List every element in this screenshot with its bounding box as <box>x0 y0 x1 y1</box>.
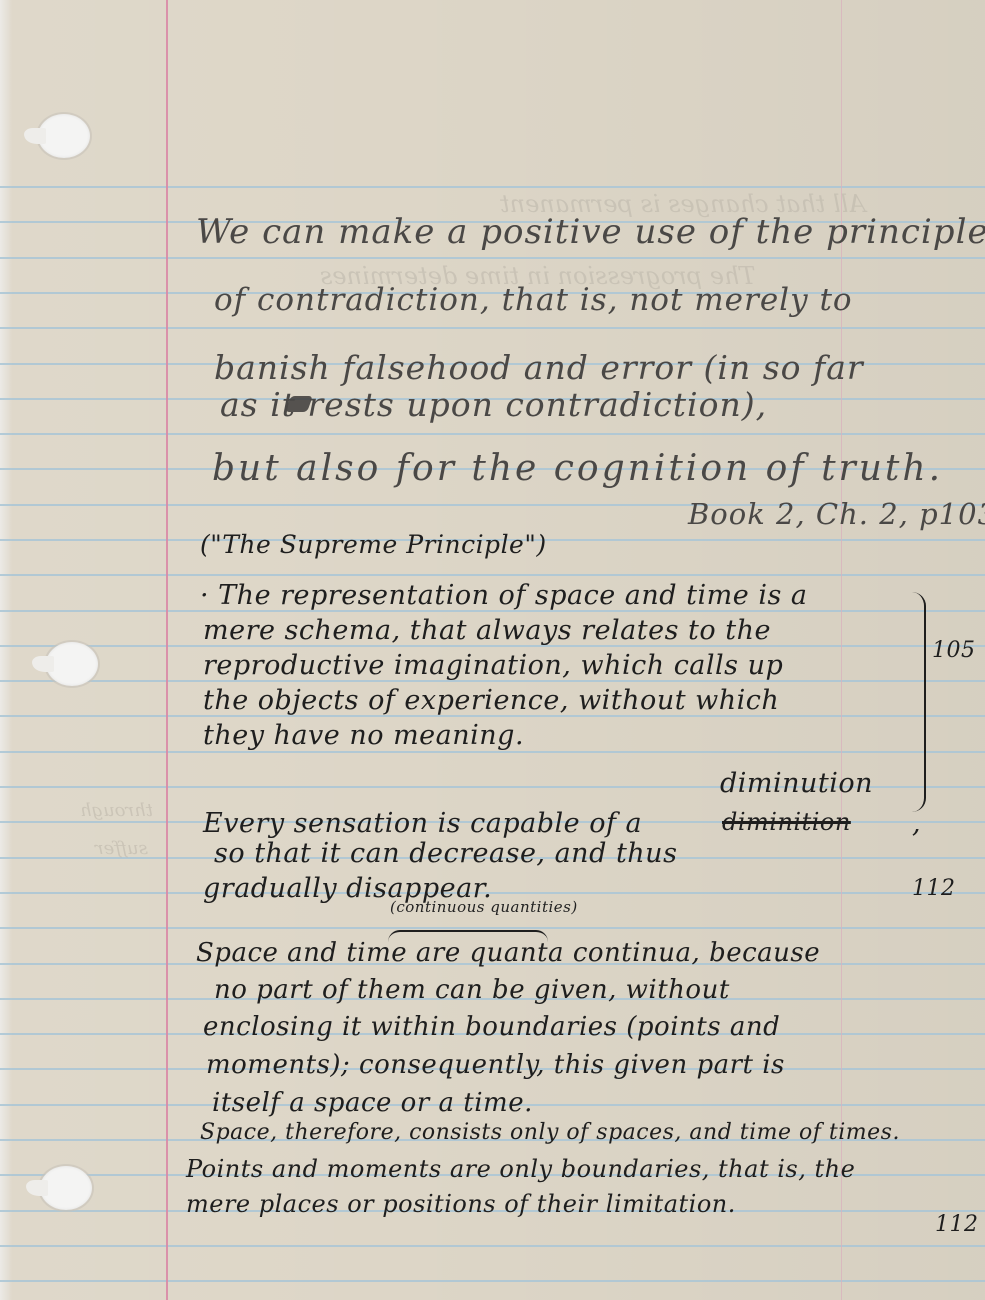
passage-line: no part of them can be given, without <box>214 975 730 1005</box>
pencil-line: as it rests upon contradiction), <box>220 385 767 424</box>
bleed-through-line: suffer <box>95 838 148 859</box>
citation: Book 2, Ch. 2, p103 <box>688 497 985 531</box>
passage-line: Space, therefore, consists only of space… <box>200 1120 900 1145</box>
notebook-page: All that changes is permanent The progre… <box>0 0 985 1300</box>
passage-line: itself a space or a time. <box>212 1088 533 1118</box>
pencil-line: of contradiction, that is, not merely to <box>214 282 853 318</box>
comma: , <box>912 808 921 839</box>
passage-line: enclosing it within boundaries (points a… <box>203 1012 780 1042</box>
punch-hole-middle <box>46 642 98 686</box>
ruled-line <box>0 186 985 188</box>
page-ref: 112 <box>935 1212 979 1237</box>
ruled-line <box>0 433 985 435</box>
section-heading: ("The Supreme Principle") <box>200 530 547 559</box>
passage-line: moments); consequently, this given part … <box>206 1050 785 1080</box>
ruled-line <box>0 327 985 329</box>
page-ref: 112 <box>912 876 956 901</box>
passage-line: reproductive imagination, which calls up <box>203 650 783 681</box>
passage-line: so that it can decrease, and thus <box>214 838 677 869</box>
pencil-line: banish falsehood and error (in so far <box>214 348 864 387</box>
bleed-through-line: through <box>80 800 153 821</box>
passage-line: Every sensation is capable of a <box>203 808 642 839</box>
punch-hole-bottom <box>40 1166 92 1210</box>
passage-line: Points and moments are only boundaries, … <box>186 1155 855 1183</box>
passage-line: mere places or positions of their limita… <box>186 1190 736 1218</box>
pencil-line: We can make a positive use of the princi… <box>196 212 985 252</box>
ruled-line <box>0 257 985 259</box>
insertion-word: diminution <box>720 768 873 799</box>
passage-line: Space and time are quanta continua, beca… <box>196 938 820 968</box>
ruled-line <box>0 1280 985 1282</box>
ruled-line <box>0 1245 985 1247</box>
ruled-line <box>0 892 985 894</box>
pencil-line: but also for the cognition of truth. <box>212 448 943 489</box>
ruled-line <box>0 927 985 929</box>
passage-line: they have no meaning. <box>203 720 524 751</box>
struck-word: diminition <box>722 808 851 836</box>
passage-line: the objects of experience, without which <box>203 685 779 716</box>
passage-line: mere schema, that always relates to the <box>203 615 771 646</box>
page-ref: 105 <box>932 638 976 663</box>
ruled-line <box>0 751 985 753</box>
annotation: (continuous quantities) <box>390 898 578 916</box>
left-margin-line <box>166 0 168 1300</box>
ruled-line <box>0 574 985 576</box>
punch-hole-top <box>38 114 90 158</box>
passage-line: · The representation of space and time i… <box>200 580 807 611</box>
bracket <box>910 592 926 812</box>
